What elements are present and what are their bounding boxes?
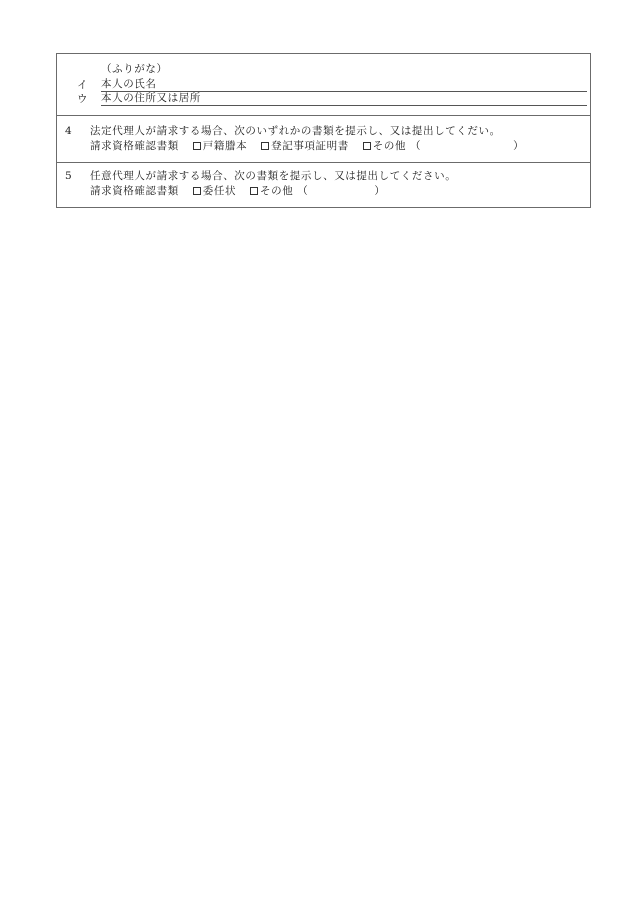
checkbox-toki-jiko-shomeisho[interactable]: 登記事項証明書 [261, 140, 349, 153]
checkbox-icon[interactable] [193, 187, 201, 195]
checkbox-other-5[interactable]: その他 [250, 185, 293, 198]
row-marker-i: イ [77, 79, 88, 92]
section-number-4: 4 [65, 125, 72, 138]
other-close-paren: ） [374, 185, 385, 197]
checkbox-icon[interactable] [261, 142, 269, 150]
section-4-instruction: 法定代理人が請求する場合、次のいずれかの書類を提示し、又は提出してくだい。 [90, 125, 501, 138]
checkbox-label: 戸籍謄本 [203, 140, 247, 152]
address-field-label: 本人の住所又は居所 [101, 92, 201, 105]
furigana-label: （ふりがな） [101, 63, 168, 76]
voluntary-representative-section: 5 任意代理人が請求する場合、次の書類を提示し、又は提出してください。 請求資格… [57, 163, 590, 208]
section-4-doc-type-label: 請求資格確認書類 [90, 140, 179, 152]
section-5-instruction: 任意代理人が請求する場合、次の書類を提示し、又は提出してください。 [90, 170, 456, 183]
section-5-documents-row: 請求資格確認書類 委任状 その他 （） [90, 185, 386, 198]
section-4-documents-row: 請求資格確認書類 戸籍謄本 登記事項証明書 その他 （） [90, 140, 524, 153]
checkbox-power-of-attorney[interactable]: 委任状 [193, 185, 236, 198]
other-close-paren: ） [513, 140, 524, 152]
checkbox-icon[interactable] [193, 142, 201, 150]
other-open-paren: （ [297, 185, 308, 197]
checkbox-label: 委任状 [203, 185, 236, 197]
legal-representative-section: 4 法定代理人が請求する場合、次のいずれかの書類を提示し、又は提出してくだい。 … [57, 116, 590, 163]
address-field[interactable]: 本人の住所又は居所 [101, 92, 587, 106]
checkbox-icon[interactable] [363, 142, 371, 150]
checkbox-label: その他 [260, 185, 293, 197]
row-marker-u: ウ [77, 93, 88, 106]
identity-section: （ふりがな） イ 本人の氏名 ウ 本人の住所又は居所 [57, 54, 590, 116]
checkbox-label: 登記事項証明書 [271, 140, 349, 152]
checkbox-other-4[interactable]: その他 [363, 140, 406, 153]
checkbox-icon[interactable] [250, 187, 258, 195]
name-field-label: 本人の氏名 [101, 78, 157, 91]
section-5-doc-type-label: 請求資格確認書類 [90, 185, 179, 197]
name-field[interactable]: 本人の氏名 [101, 78, 587, 92]
checkbox-koseki-tohon[interactable]: 戸籍謄本 [193, 140, 247, 153]
request-form-box: （ふりがな） イ 本人の氏名 ウ 本人の住所又は居所 4 法定代理人が請求する場… [56, 53, 591, 208]
section-number-5: 5 [65, 170, 72, 183]
checkbox-label: その他 [373, 140, 406, 152]
other-open-paren: （ [410, 140, 421, 152]
